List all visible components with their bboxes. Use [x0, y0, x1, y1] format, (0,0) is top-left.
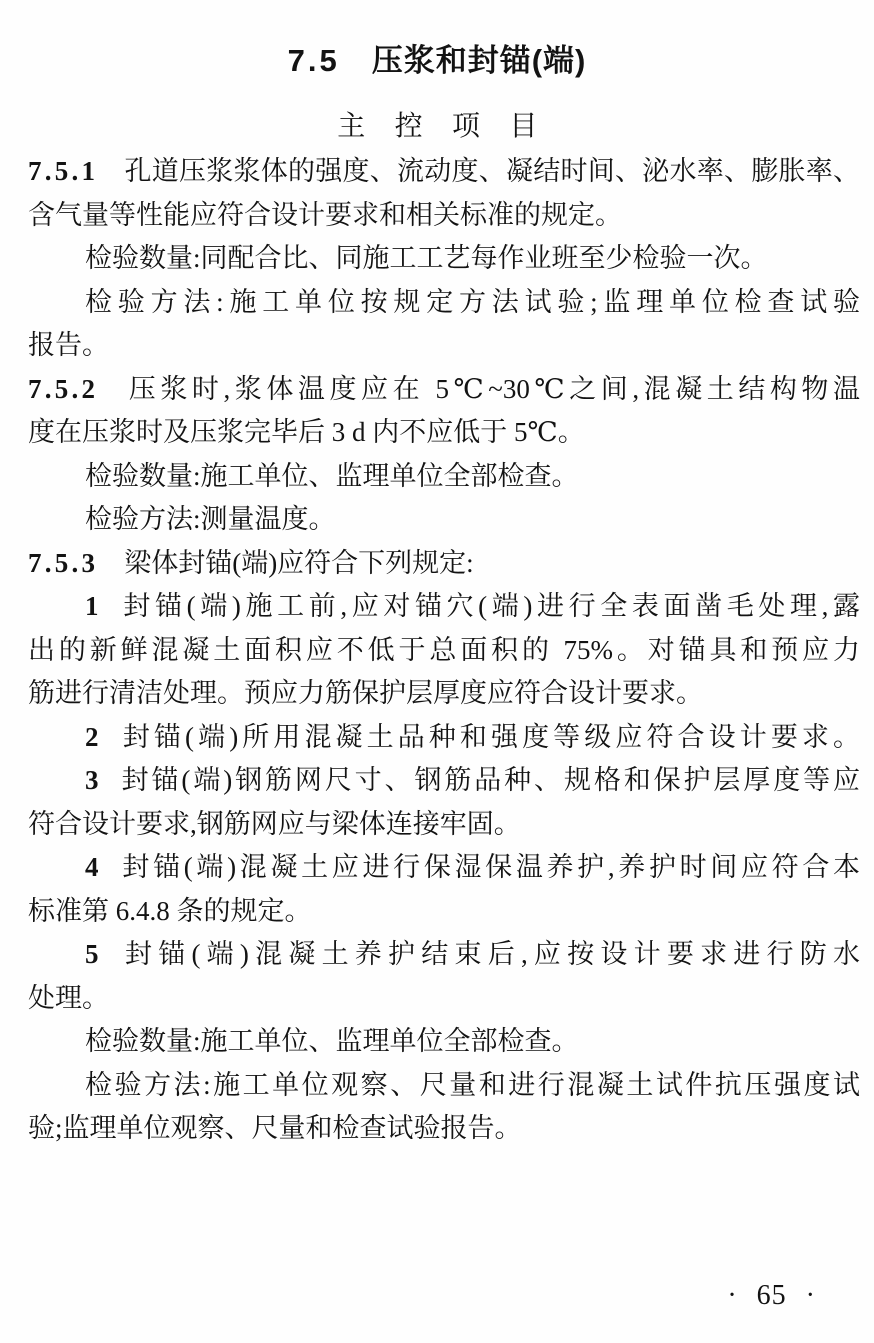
- clause-text: 出的新鲜混凝土面积应不低于总面积的 75%。对锚具和预应力: [28, 635, 860, 665]
- clause-text: 封锚(端)钢筋网尺寸、钢筋品种、规格和保护层厚度等应: [119, 765, 860, 795]
- sub-item-4-line-1: 4封锚(端)混凝土应进行保湿保温养护,养护时间应符合本: [28, 846, 860, 890]
- sub-item-3-line-1: 3封锚(端)钢筋网尺寸、钢筋品种、规格和保护层厚度等应: [28, 759, 860, 803]
- clause-7-5-1-line-2: 含气量等性能应符合设计要求和相关标准的规定。: [28, 194, 860, 238]
- clause-text: 封锚(端)施工前,应对锚穴(端)进行全表面凿毛处理,露: [119, 591, 860, 621]
- clause-text: 孔道压浆浆体的强度、流动度、凝结时间、泌水率、膨胀率、: [124, 156, 860, 186]
- clause-7-5-3-line-1: 7.5.3梁体封锚(端)应符合下列规定:: [28, 542, 860, 586]
- clause-text: 处理。: [28, 983, 109, 1013]
- clause-text: 检验数量:施工单位、监理单位全部检查。: [85, 461, 579, 491]
- clause-text: 标准第 6.4.8 条的规定。: [28, 896, 312, 926]
- item-number: 4: [85, 852, 102, 882]
- item-number: 1: [85, 591, 102, 621]
- clause-text: 报告。: [28, 330, 109, 360]
- clause-7-5-2-line-2: 度在压浆时及压浆完毕后 3 d 内不应低于 5℃。: [28, 411, 860, 455]
- clause-text: 度在压浆时及压浆完毕后 3 d 内不应低于 5℃。: [28, 417, 585, 447]
- clause-number: 7.5.1: [28, 156, 98, 186]
- section-title-number: 7.5: [288, 43, 340, 78]
- clause-text: 含气量等性能应符合设计要求和相关标准的规定。: [28, 200, 622, 230]
- sub-item-5-line-2: 处理。: [28, 977, 860, 1021]
- sub-item-1-line-2: 出的新鲜混凝土面积应不低于总面积的 75%。对锚具和预应力: [28, 629, 860, 673]
- sub-item-5-line-1: 5封锚(端)混凝土养护结束后,应按设计要求进行防水: [28, 933, 860, 977]
- clause-number: 7.5.2: [28, 374, 98, 404]
- clause-text: 封锚(端)混凝土应进行保湿保温养护,养护时间应符合本: [119, 852, 860, 882]
- clause-text: 梁体封锚(端)应符合下列规定:: [124, 548, 473, 578]
- section-title: 7.5压浆和封锚(端): [0, 42, 874, 80]
- clause-text: 检验数量:同配合比、同施工工艺每作业班至少检验一次。: [85, 243, 768, 273]
- sub-item-2-line-1: 2封锚(端)所用混凝土品种和强度等级应符合设计要求。: [28, 716, 860, 760]
- clause-text: 封锚(端)混凝土养护结束后,应按设计要求进行防水: [119, 939, 860, 969]
- clause-7-5-2-line-1: 7.5.2压浆时,浆体温度应在 5℃~30℃之间,混凝土结构物温: [28, 368, 860, 412]
- inspection-method-line-2: 报告。: [28, 324, 860, 368]
- inspection-method-line: 检验方法:测量温度。: [28, 498, 860, 542]
- document-page: 7.5压浆和封锚(端) 主控项目 7.5.1孔道压浆浆体的强度、流动度、凝结时间…: [0, 0, 874, 1343]
- clause-text: 检验方法:施工单位按规定方法试验;监理单位检查试验: [85, 287, 860, 317]
- inspection-quantity-line: 检验数量:施工单位、监理单位全部检查。: [28, 455, 860, 499]
- item-number: 2: [85, 722, 102, 752]
- sub-item-3-line-2: 符合设计要求,钢筋网应与梁体连接牢固。: [28, 803, 860, 847]
- sub-item-1-line-1: 1封锚(端)施工前,应对锚穴(端)进行全表面凿毛处理,露: [28, 585, 860, 629]
- clause-text: 检验方法:施工单位观察、尺量和进行混凝土试件抗压强度试: [85, 1070, 860, 1100]
- clause-7-5-1-line-1: 7.5.1孔道压浆浆体的强度、流动度、凝结时间、泌水率、膨胀率、: [28, 150, 860, 194]
- inspection-method-line-1: 检验方法:施工单位按规定方法试验;监理单位检查试验: [28, 281, 860, 325]
- sub-item-1-line-3: 筋进行清洁处理。预应力筋保护层厚度应符合设计要求。: [28, 672, 860, 716]
- clause-number: 7.5.3: [28, 548, 98, 578]
- section-title-text: 压浆和封锚(端): [372, 43, 587, 78]
- clause-text: 符合设计要求,钢筋网应与梁体连接牢固。: [28, 809, 521, 839]
- item-number: 3: [85, 765, 102, 795]
- subsection-heading: 主控项目: [0, 110, 874, 144]
- clause-text: 封锚(端)所用混凝土品种和强度等级应符合设计要求。: [119, 722, 860, 752]
- document-body: 7.5.1孔道压浆浆体的强度、流动度、凝结时间、泌水率、膨胀率、 含气量等性能应…: [28, 150, 860, 1151]
- sub-item-4-line-2: 标准第 6.4.8 条的规定。: [28, 890, 860, 934]
- inspection-quantity-line: 检验数量:施工单位、监理单位全部检查。: [28, 1020, 860, 1064]
- clause-text: 筋进行清洁处理。预应力筋保护层厚度应符合设计要求。: [28, 678, 703, 708]
- item-number: 5: [85, 939, 102, 969]
- page-number: · 65 ·: [727, 1278, 816, 1314]
- clause-text: 检验方法:测量温度。: [85, 504, 336, 534]
- inspection-quantity-line: 检验数量:同配合比、同施工工艺每作业班至少检验一次。: [28, 237, 860, 281]
- inspection-method-line-1: 检验方法:施工单位观察、尺量和进行混凝土试件抗压强度试: [28, 1064, 860, 1108]
- inspection-method-line-2: 验;监理单位观察、尺量和检查试验报告。: [28, 1107, 860, 1151]
- clause-text: 验;监理单位观察、尺量和检查试验报告。: [28, 1113, 522, 1143]
- clause-text: 压浆时,浆体温度应在 5℃~30℃之间,混凝土结构物温: [124, 374, 860, 404]
- clause-text: 检验数量:施工单位、监理单位全部检查。: [85, 1026, 579, 1056]
